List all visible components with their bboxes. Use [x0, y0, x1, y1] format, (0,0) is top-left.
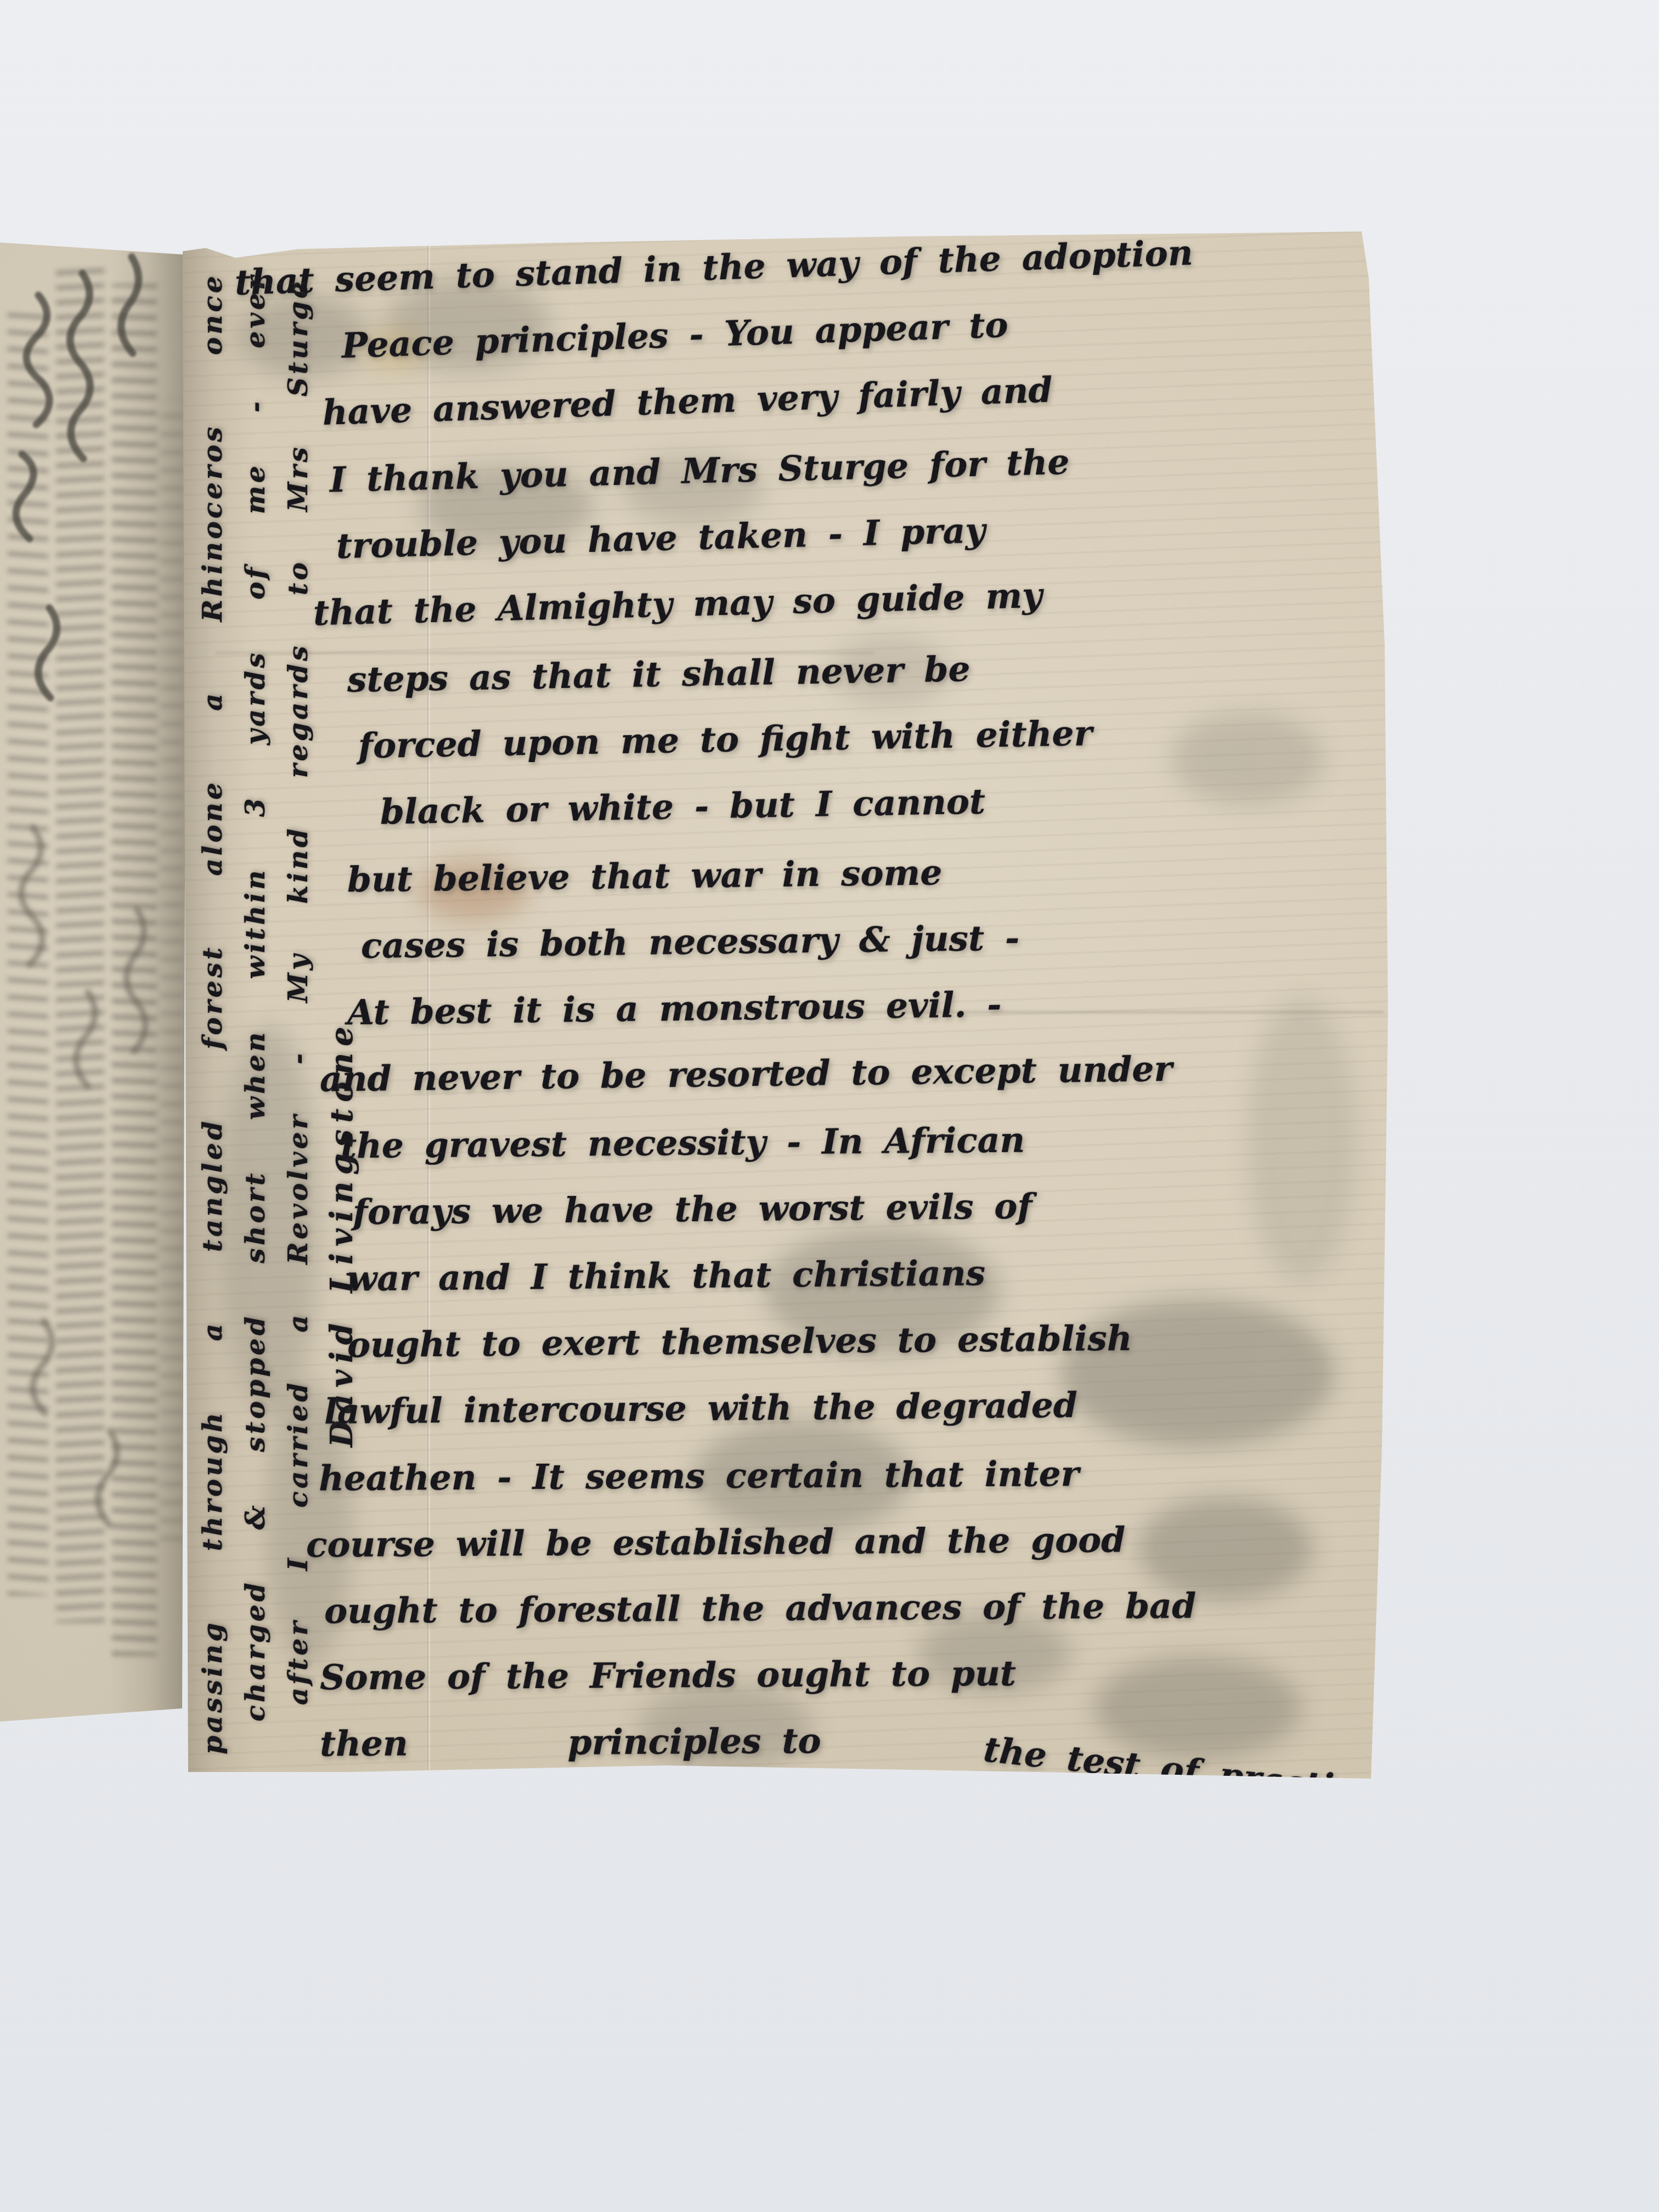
letter-line: the gravest necessity - In African [182, 1104, 1385, 1181]
letter-line: ought to forestall the advances of the b… [183, 1572, 1386, 1645]
last-line-middle: principles to [567, 1708, 821, 1776]
bleedthrough-scribbles [0, 224, 187, 1727]
letter-line: Some of the Friends ought to put [183, 1638, 1386, 1712]
letter-line: course will be established and the good [183, 1505, 1386, 1579]
last-line-end: the test of practice [980, 1716, 1380, 1824]
letter-line: war and I think that christians [182, 1237, 1385, 1313]
letter-page: passing through a tangled forest alone a… [183, 229, 1390, 1798]
letter-body: that seem to stand in the way of the ado… [183, 251, 1385, 1778]
last-line-start: then [320, 1710, 409, 1777]
photo-background: passing through a tangled forest alone a… [0, 0, 1659, 2212]
letter-line: ought to exert themselves to establish [182, 1303, 1385, 1380]
letter-last-line: then principles to the test of practice [183, 1705, 1386, 1778]
letter-line: and never to be resorted to except under [182, 1033, 1385, 1114]
letter-line: forays we have the worst evils of [182, 1170, 1385, 1247]
adjacent-page [0, 224, 187, 1727]
letter-line: lawful intercourse with the degraded [182, 1369, 1385, 1446]
letter-line: heathen - It seems certain that inter [183, 1439, 1386, 1513]
